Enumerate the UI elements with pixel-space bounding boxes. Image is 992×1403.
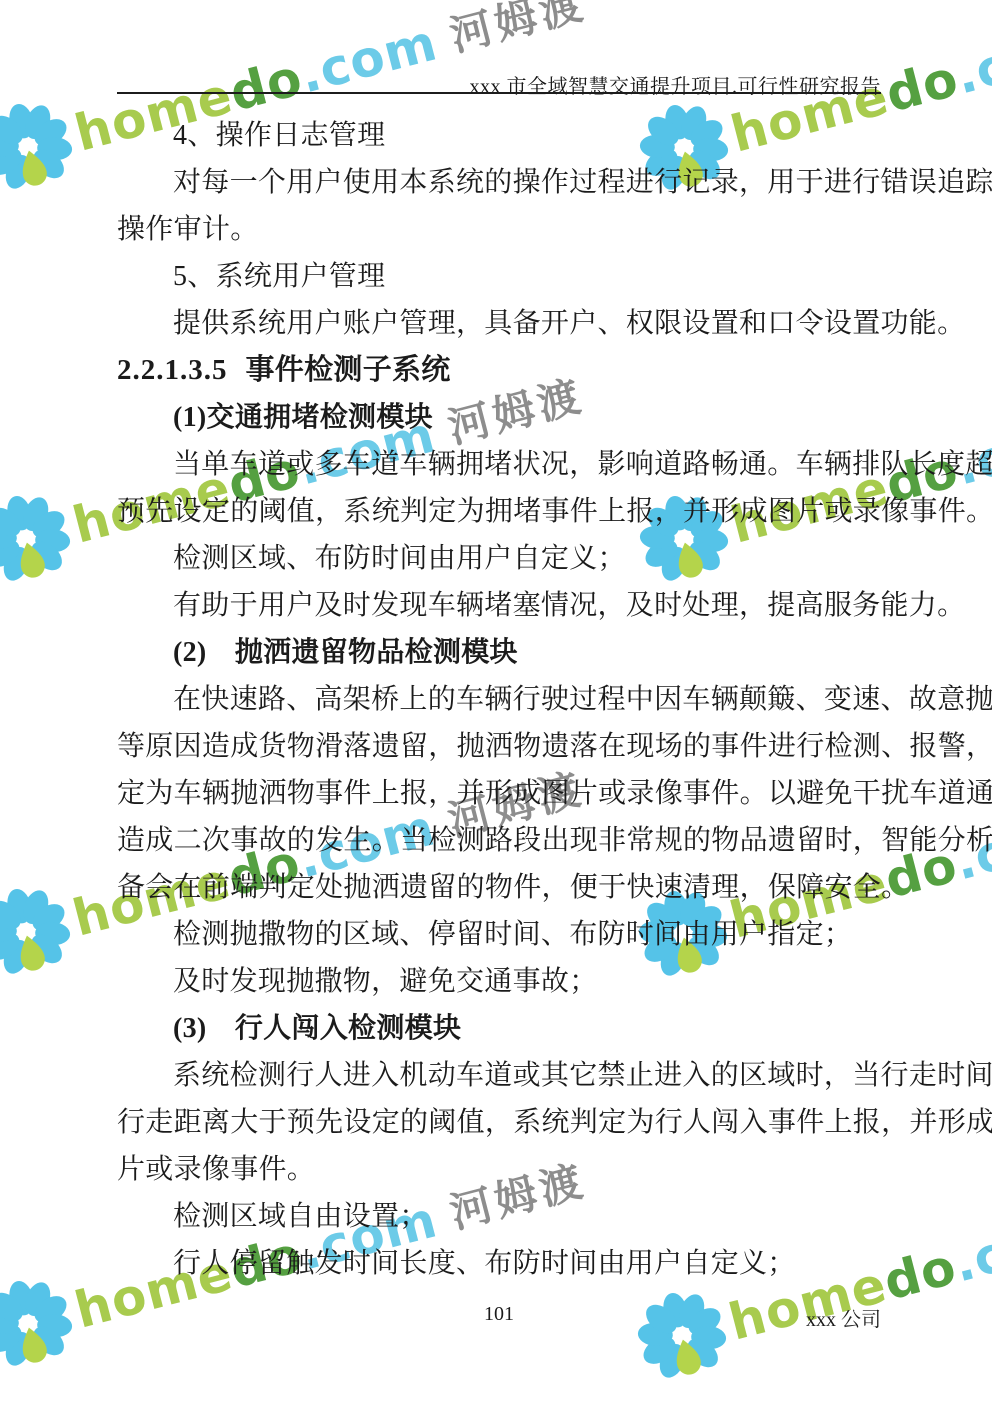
document-page: homedo.com 河姆渡 homedo.com 河姆渡 <box>0 0 992 1403</box>
text-line: 片或录像事件。 <box>117 1146 881 1193</box>
text-line: 对每一个用户使用本系统的操作过程进行记录，用于进行错误追踪和 <box>117 159 881 206</box>
text-line: 及时发现抛撒物，避免交通事故； <box>117 958 881 1005</box>
content: 4、操作日志管理对每一个用户使用本系统的操作过程进行记录，用于进行错误追踪和操作… <box>117 112 881 1287</box>
header-rule <box>117 92 881 94</box>
sub-heading: (3) 行人闯入检测模块 <box>117 1005 881 1052</box>
text-line: 预先设定的阈值，系统判定为拥堵事件上报，并形成图片或录像事件。 <box>117 488 881 535</box>
sub-heading: (2) 抛洒遗留物品检测模块 <box>117 629 881 676</box>
text-line: 定为车辆抛洒物事件上报，并形成图片或录像事件。以避免干扰车道通行 <box>117 770 881 817</box>
text-line: 行走距离大于预先设定的阈值，系统判定为行人闯入事件上报，并形成图 <box>117 1099 881 1146</box>
watermark-chinese-text: 河姆渡 <box>446 0 590 58</box>
page-header-title: xxx 市全域智慧交通提升项目.可行性研究报告 <box>117 70 881 99</box>
text-line: 4、操作日志管理 <box>117 112 881 159</box>
text-line: 当单车道或多车道车辆拥堵状况，影响道路畅通。车辆排队长度超过 <box>117 441 881 488</box>
section-heading: 2.2.1.3.5事件检测子系统 <box>117 347 881 394</box>
text-line: 5、系统用户管理 <box>117 253 881 300</box>
text-line: 检测区域自由设置； <box>117 1193 881 1240</box>
text-line: 造成二次事故的发生。当检测路段出现非常规的物品遗留时，智能分析设 <box>117 817 881 864</box>
section-title: 事件检测子系统 <box>246 354 451 386</box>
text-line: 操作审计。 <box>117 206 881 253</box>
text-line: 检测抛撒物的区域、停留时间、布防时间由用户指定； <box>117 911 881 958</box>
section-number: 2.2.1.3.5 <box>117 354 228 386</box>
text-line: 备会在前端判定处抛洒遗留的物件，便于快速清理，保障安全。 <box>117 864 881 911</box>
text-line: 在快速路、高架桥上的车辆行驶过程中因车辆颠簸、变速、故意抛洒 <box>117 676 881 723</box>
text-line: 系统检测行人进入机动车道或其它禁止进入的区域时，当行走时间或 <box>117 1052 881 1099</box>
text-line: 行人停留触发时间长度、布防时间由用户自定义； <box>117 1240 881 1287</box>
text-line: 有助于用户及时发现车辆堵塞情况，及时处理，提高服务能力。 <box>117 582 881 629</box>
homedo-flower-icon <box>626 1280 738 1392</box>
text-line: 检测区域、布防时间由用户自定义； <box>117 535 881 582</box>
text-line: 等原因造成货物滑落遗留，抛洒物遗落在现场的事件进行检测、报警，判 <box>117 723 881 770</box>
text-line: 提供系统用户账户管理，具备开户、权限设置和口令设置功能。 <box>117 300 881 347</box>
sub-heading: (1)交通拥堵检测模块 <box>117 394 881 441</box>
footer-company: xxx 公司 <box>117 1303 881 1332</box>
